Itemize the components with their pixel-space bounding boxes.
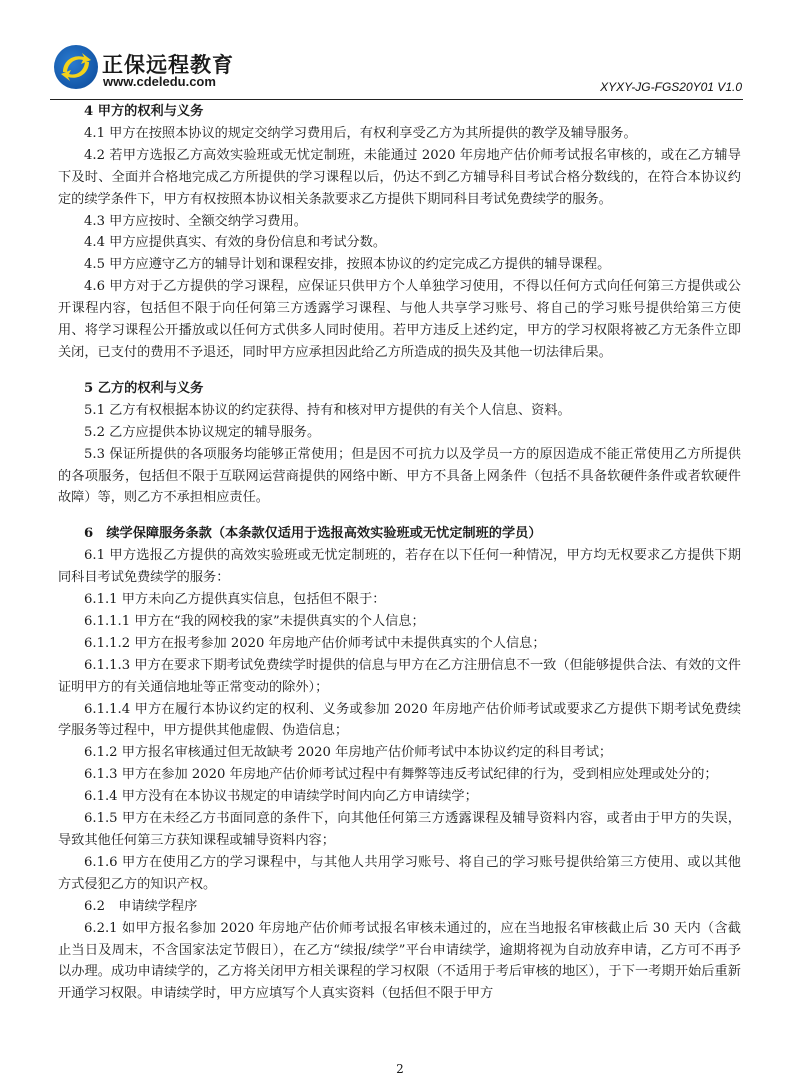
section-gap [58, 509, 741, 523]
clause-6-2-1: 6.2.1 如甲方报名参加 2020 年房地产估价师考试报名审核未通过的，应在当… [58, 918, 741, 1006]
clause-5-3: 5.3 保证所提供的各项服务均能够正常使用；但是因不可抗力以及学员一方的原因造成… [58, 444, 741, 510]
clause-6-2: 6.2 申请续学程序 [58, 896, 741, 918]
clause-6-1-1-1: 6.1.1.1 甲方在“我的网校我的家”未提供真实的个人信息； [58, 611, 741, 633]
section-gap [58, 364, 741, 378]
clause-6-1-4: 6.1.4 甲方没有在本协议书规定的申请续学时间内向乙方申请续学； [58, 786, 741, 808]
clause-5-1: 5.1 乙方有权根据本协议的约定获得、持有和核对甲方提供的有关个人信息、资料。 [58, 400, 741, 422]
section-heading: 6 续学保障服务条款（本条款仅适用于选报高效实验班或无忧定制班的学员） [58, 523, 741, 545]
clause-6-1-1-3: 6.1.1.3 甲方在要求下期考试免费续学时提供的信息与甲方在乙方注册信息不一致… [58, 655, 741, 699]
section-heading: 4 甲方的权利与义务 [58, 101, 741, 123]
brand-url: www.cdeledu.com [103, 74, 216, 89]
page-number: 2 [0, 1062, 800, 1076]
clause-5-2: 5.2 乙方应提供本协议规定的辅导服务。 [58, 422, 741, 444]
circular-swirl-logo-icon [54, 45, 98, 89]
header-divider [50, 99, 743, 100]
clause-6-1-1-4: 6.1.1.4 甲方在履行本协议约定的权利、义务或参加 2020 年房地产估价师… [58, 699, 741, 743]
clause-4-2: 4.2 若甲方选报乙方高效实验班或无忧定制班，未能通过 2020 年房地产估价师… [58, 145, 741, 211]
clause-6-1-1-2: 6.1.1.2 甲方在报考参加 2020 年房地产估价师考试中未提供真实的个人信… [58, 633, 741, 655]
clause-6-1: 6.1 甲方选报乙方提供的高效实验班或无忧定制班的，若存在以下任何一种情况，甲方… [58, 545, 741, 589]
clause-4-5: 4.5 甲方应遵守乙方的辅导计划和课程安排，按照本协议的约定完成乙方提供的辅导课… [58, 254, 741, 276]
document-body: 4 甲方的权利与义务 4.1 甲方在按照本协议的规定交纳学习费用后，有权利享受乙… [58, 101, 741, 1005]
section-heading: 5 乙方的权利与义务 [58, 378, 741, 400]
clause-4-3: 4.3 甲方应按时、全额交纳学习费用。 [58, 211, 741, 233]
section-6: 6 续学保障服务条款（本条款仅适用于选报高效实验班或无忧定制班的学员） 6.1 … [58, 523, 741, 1005]
clause-6-1-2: 6.1.2 甲方报名审核通过但无故缺考 2020 年房地产估价师考试中本协议约定… [58, 742, 741, 764]
section-4: 4 甲方的权利与义务 4.1 甲方在按照本协议的规定交纳学习费用后，有权利享受乙… [58, 101, 741, 364]
section-5: 5 乙方的权利与义务 5.1 乙方有权根据本协议的约定获得、持有和核对甲方提供的… [58, 378, 741, 509]
clause-6-1-3: 6.1.3 甲方在参加 2020 年房地产估价师考试过程中有舞弊等违反考试纪律的… [58, 764, 741, 786]
page-header: 正保远程教育 www.cdeledu.com XYXY-JG-FGS20Y01 … [0, 0, 800, 100]
clause-6-1-6: 6.1.6 甲方在使用乙方的学习课程中，与其他人共用学习账号、将自己的学习账号提… [58, 852, 741, 896]
clause-4-1: 4.1 甲方在按照本协议的规定交纳学习费用后，有权利享受乙方为其所提供的教学及辅… [58, 123, 741, 145]
clause-6-1-5: 6.1.5 甲方在未经乙方书面同意的条件下，向其他任何第三方透露课程及辅导资料内… [58, 808, 741, 852]
clause-4-4: 4.4 甲方应提供真实、有效的身份信息和考试分数。 [58, 232, 741, 254]
clause-6-1-1: 6.1.1 甲方未向乙方提供真实信息，包括但不限于： [58, 589, 741, 611]
document-code: XYXY-JG-FGS20Y01 V1.0 [600, 80, 742, 94]
clause-4-6: 4.6 甲方对于乙方提供的学习课程，应保证只供甲方个人单独学习使用，不得以任何方… [58, 276, 741, 364]
